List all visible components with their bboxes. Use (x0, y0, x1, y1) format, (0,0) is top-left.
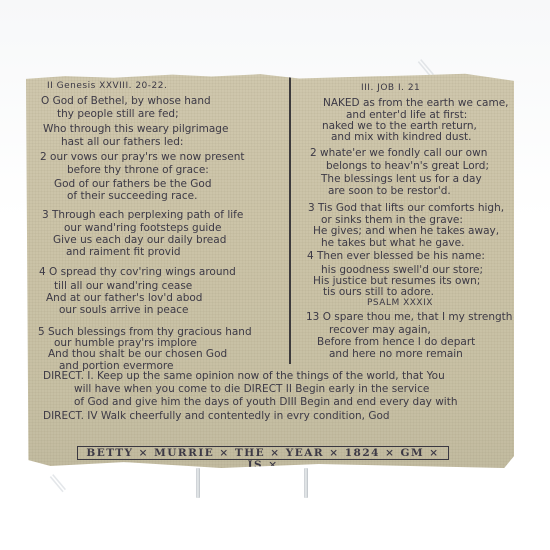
sampler-linen: II Genesis XXVIII. 20-22. O God of Bethe… (26, 73, 514, 468)
verse-line: he takes but what he gave. (321, 237, 464, 249)
watermark-bottom-left: ∥ (45, 470, 68, 495)
verse-line: Before from hence I do depart (317, 336, 475, 348)
left-heading: II Genesis XXVIII. 20-22. (47, 81, 167, 91)
verse-line: 2 our vows our pray'rs we now present (40, 151, 244, 163)
verse-line: hast all our fathers led: (61, 136, 183, 148)
verse-line: Give us each day our daily bread (53, 234, 226, 246)
verse-line: thy people still are fed; (57, 108, 179, 120)
verse-line: And at our father's lov'd abod (46, 292, 202, 304)
signature-band: BETTY × MURRIE × THE × YEAR × 1824 × GM … (77, 446, 449, 460)
verse-line: Who through this weary pilgrimage (43, 123, 228, 135)
verse-line: 3 Through each perplexing path of life (42, 209, 243, 221)
verse-line: He gives; and when he takes away, (313, 225, 499, 237)
verse-line: and mix with kindred dust. (331, 131, 472, 143)
verse-line: and here no more remain (329, 348, 463, 360)
column-divider (289, 77, 291, 364)
verse-line: and raiment fit provid (66, 246, 181, 258)
verse-line: our wand'ring footsteps guide (64, 222, 221, 234)
verse-line: till all our wand'ring cease (54, 280, 192, 292)
verse-line: of their succeeding race. (67, 190, 197, 202)
verse-line: our souls arrive in peace (59, 304, 189, 316)
direction-line: of God and give him the days of youth DI… (74, 396, 458, 408)
verse-line: O God of Bethel, by whose hand (41, 95, 211, 107)
verse-line: 4 Then ever blessed be his name: (307, 250, 485, 262)
right-heading: III. JOB I. 21 (361, 83, 420, 93)
verse-line: are soon to be restor'd. (328, 185, 451, 197)
verse-line: 2 whate'er we fondly call our own (310, 147, 487, 159)
verse-line: 13 O spare thou me, that I my strength (306, 311, 512, 323)
verse-line: The blessings lent us for a day (321, 173, 482, 185)
verse-line: 3 Tis God that lifts our comforts high, (308, 202, 504, 214)
direction-line: will have when you come to die DIRECT II… (74, 383, 429, 395)
direction-line: DIRECT. I. Keep up the same opinion now … (43, 370, 445, 382)
verse-line: belongs to heav'n's great Lord; (326, 160, 489, 172)
verse-line: NAKED as from the earth we came, (323, 97, 509, 109)
verse-line: God of our fathers be the God (54, 178, 212, 190)
verse-line: And thou shalt be our chosen God (48, 348, 227, 360)
verse-line: recover may again, (329, 324, 431, 336)
verse-line: 4 O spread thy cov'ring wings around (39, 266, 236, 278)
psalm-heading: PSALM XXXIX (367, 298, 433, 308)
stand-leg-left (196, 468, 200, 498)
verse-line: before thy throne of grace: (67, 164, 209, 176)
verse-line: tis ours still to adore. (323, 286, 434, 298)
direction-line: DIRECT. IV Walk cheerfully and contented… (43, 410, 390, 422)
stand-leg-right (304, 468, 308, 498)
